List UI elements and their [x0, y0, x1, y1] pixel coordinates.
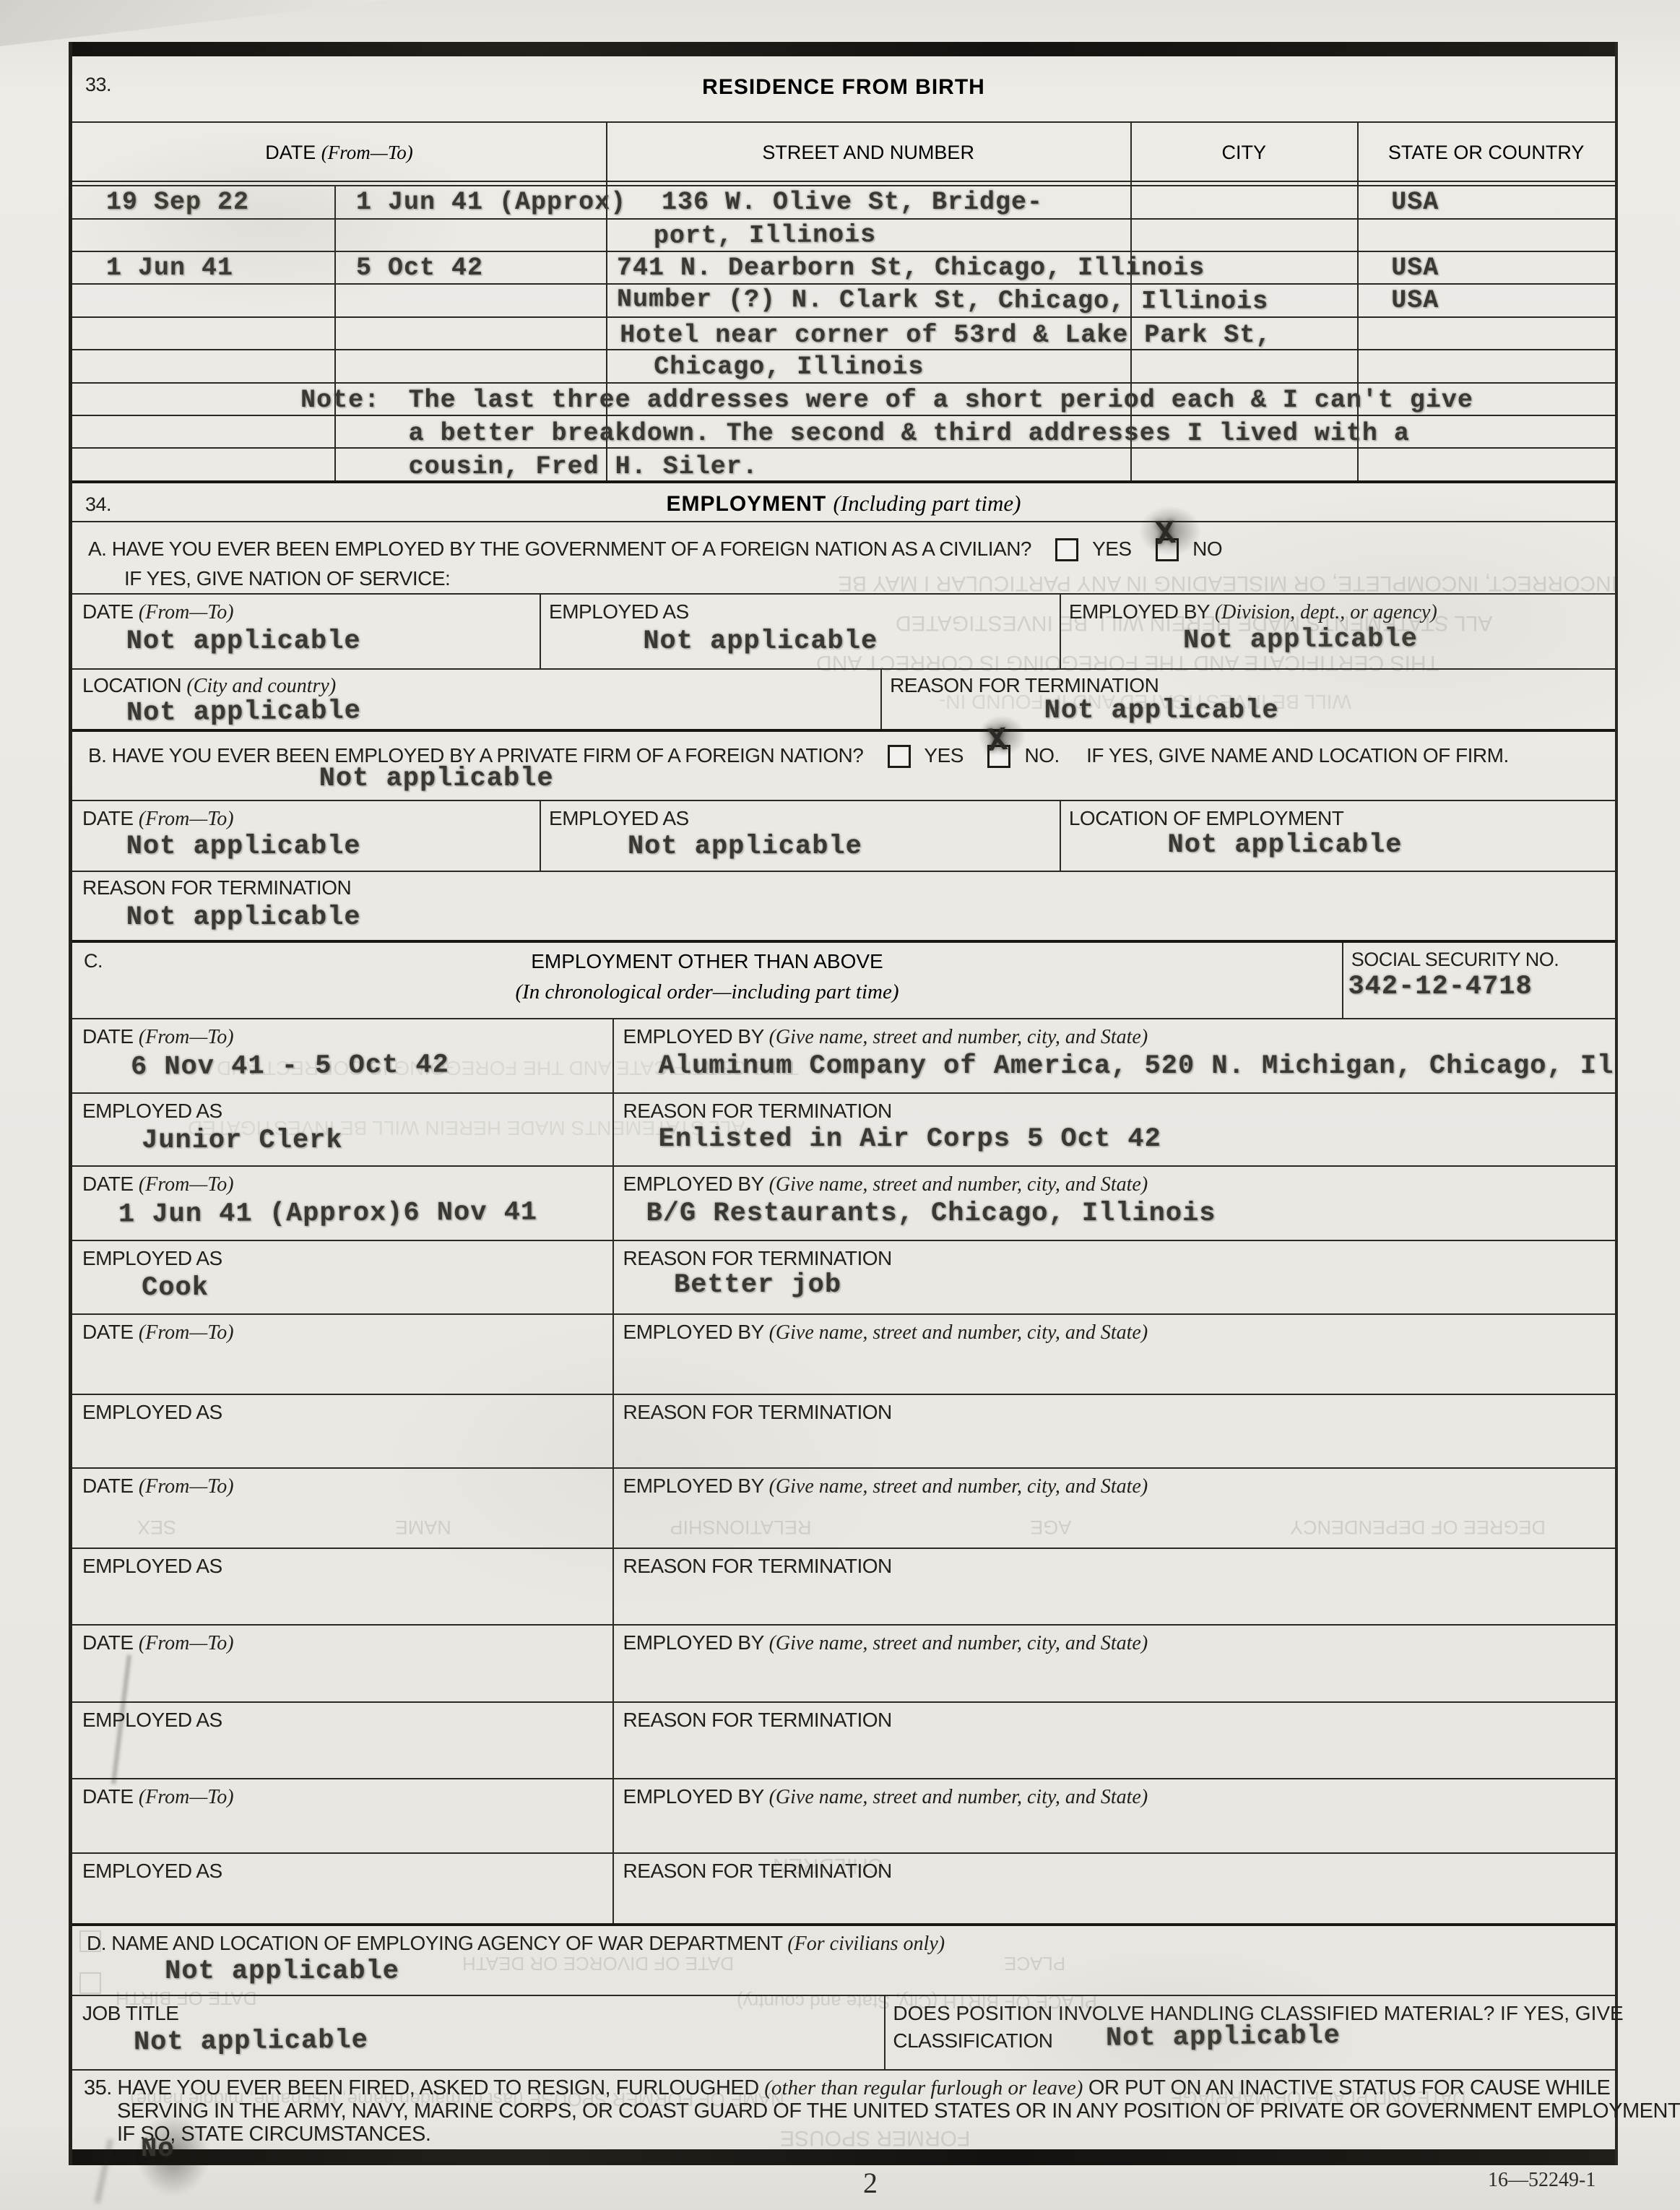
note-line: cousin, Fred H. Siler.	[409, 452, 758, 481]
ghost-text: PLACE OF BIRTH (City, State and country)	[737, 1990, 1097, 2013]
b-employed-as-value: Not applicable	[628, 832, 862, 862]
ghost-text: ALL STATEMENTS MADE HEREIN WILL BE INVES…	[188, 1116, 745, 1139]
col-header-state: STATE OR COUNTRY	[1357, 142, 1615, 164]
section34-header: 34. EMPLOYMENT (Including part time)	[72, 483, 1615, 522]
residence-row: Number (?) N. Clark St, Chicago, Illinoi…	[72, 285, 1615, 318]
c-entry-date-row: DATE (From—To) EMPLOYED BY (Give name, s…	[72, 1626, 1615, 1703]
col-header-date: DATE (From—To)	[72, 142, 606, 164]
ghost-text: ALL STATEMENTS MADE HEREIN WILL BE INVES…	[896, 610, 1492, 635]
b-location-value: Not applicable	[1168, 830, 1403, 860]
c-entry-as-row: EMPLOYED AS REASON FOR TERMINATION Cook …	[72, 1241, 1615, 1315]
top-border-band	[72, 42, 1615, 56]
ghost-dependents-header: DEGREE OF DEPENDENCYAGERELATIONSHIPNAMES…	[137, 1516, 1546, 1538]
ghost-text: PLACE	[1004, 1952, 1065, 1974]
ssn-value: 342-12-4718	[1348, 972, 1532, 1002]
col-header-city: CITY	[1130, 142, 1357, 164]
no-checkbox-b: X	[987, 745, 1010, 768]
classified-line2: CLASSIFICATION	[893, 2029, 1052, 2053]
ghost-text: NAME OF FORMER SPOUSE (last or maiden na…	[130, 2088, 784, 2110]
c-title: EMPLOYMENT OTHER THAN ABOVE	[72, 950, 1342, 973]
c-entry-date-row: DATE (From—To) EMPLOYED BY (Give name, s…	[72, 1315, 1615, 1395]
residence-row: 19 Sep 22 1 Jun 41 (Approx) 136 W. Olive…	[72, 186, 1615, 220]
c-header-row: C. EMPLOYMENT OTHER THAN ABOVE (In chron…	[72, 943, 1615, 1019]
residence-state: USA	[1391, 188, 1439, 217]
a-date-value: Not applicable	[126, 626, 361, 657]
ghost-text: CHILDREN	[773, 1853, 883, 1878]
yes-checkbox-b	[888, 745, 911, 768]
residence-state: USA	[1391, 254, 1439, 282]
no-checkbox-a: X	[1156, 538, 1179, 561]
form-body: 33. RESIDENCE FROM BIRTH DATE (From—To) …	[69, 42, 1618, 2165]
residence-state: USA	[1391, 286, 1439, 315]
ghost-checkbox	[79, 1930, 101, 1952]
b-date-value: Not applicable	[126, 832, 361, 862]
b-reason-value: Not applicable	[126, 902, 361, 933]
ghost-text: DATE OF DIVORCE OR DEATH	[462, 1952, 734, 1974]
checkbox-x-mark: X	[1154, 515, 1177, 554]
residence-street: Chicago, Illinois	[654, 353, 924, 381]
residence-street: 741 N. Dearborn St, Chicago, Illinois	[617, 254, 1205, 282]
residence-note-row: cousin, Fred H. Siler.	[72, 449, 1615, 483]
c1-employer-value: Aluminum Company of America, 520 N. Mich…	[659, 1051, 1614, 1082]
question-b-line: B. HAVE YOU EVER BEEN EMPLOYED BY A PRIV…	[88, 739, 1509, 767]
section35-answer: No	[141, 2134, 174, 2164]
residence-row: Chicago, Illinois	[72, 350, 1615, 384]
b-table-row1: DATE (From—To) EMPLOYED AS LOCATION OF E…	[72, 801, 1615, 872]
residence-note-row: Note: The last three addresses were of a…	[72, 384, 1615, 416]
residence-row: port, Illinois	[72, 220, 1615, 252]
section34-title: EMPLOYMENT (Including part time)	[72, 491, 1615, 517]
c-subtitle: (In chronological order—including part t…	[72, 980, 1342, 1004]
scanned-form-page: { "labels": { "date": "DATE ", "from_to"…	[0, 0, 1680, 2210]
b-firm-value: Not applicable	[319, 764, 554, 794]
yes-checkbox-a	[1055, 538, 1078, 561]
ghost-text: DATE OF BIRTH	[116, 1987, 257, 2009]
question-a-line: A. HAVE YOU EVER BEEN EMPLOYED BY THE GO…	[88, 532, 1222, 561]
residence-street: port, Illinois	[654, 220, 876, 251]
c-entry-date-row: DATE (From—To) EMPLOYED BY (Give name, s…	[72, 1779, 1615, 1854]
residence-row: 1 Jun 41 5 Oct 42 741 N. Dearborn St, Ch…	[72, 252, 1615, 285]
bottom-border-band	[72, 2149, 1615, 2165]
note-line: The last three addresses were of a short…	[409, 386, 1473, 415]
residence-street: Number (?) N. Clark St, Chicago, Illinoi…	[617, 285, 1268, 316]
c-entry-as-row: EMPLOYED AS REASON FOR TERMINATION	[72, 1395, 1615, 1469]
ssn-label: SOCIAL SECURITY NO.	[1351, 949, 1559, 971]
c-entry-as-row: EMPLOYED AS REASON FOR TERMINATION	[72, 1549, 1615, 1626]
question-b-row: B. HAVE YOU EVER BEEN EMPLOYED BY A PRIV…	[72, 732, 1615, 801]
c-entry-as-row: EMPLOYED AS REASON FOR TERMINATION	[72, 1703, 1615, 1779]
ghost-text: WILL BE INVESTIGATED AND IF FOUND IN-	[939, 690, 1351, 713]
residence-to: 1 Jun 41 (Approx)	[356, 188, 626, 217]
c2-employer-value: B/G Restaurants, Chicago, Illinois	[646, 1199, 1216, 1229]
job-title-value: Not applicable	[134, 2026, 368, 2058]
c-entry-date-row: DATE (From—To) EMPLOYED BY (Give name, s…	[72, 1167, 1615, 1241]
note-line: a better breakdown. The second & third a…	[409, 419, 1410, 448]
col-header-street: STREET AND NUMBER	[606, 142, 1130, 164]
a-table-row2: LOCATION (City and country) REASON FOR T…	[72, 670, 1615, 732]
residence-column-headers: DATE (From—To) STREET AND NUMBER CITY ST…	[72, 123, 1615, 186]
c2-employed-as-value: Cook	[142, 1273, 209, 1303]
residence-to: 5 Oct 42	[356, 254, 483, 282]
residence-street: Hotel near corner of 53rd & Lake Park St…	[620, 321, 1271, 350]
ghost-text: FORMER SPOUSE	[780, 2125, 970, 2150]
classified-value: Not applicable	[1106, 2021, 1341, 2053]
section33-title: RESIDENCE FROM BIRTH	[72, 75, 1615, 100]
ghost-text: THIS CERTIFICATE AND THE FOREGOING IS CO…	[217, 1056, 798, 1079]
d-value: Not applicable	[165, 1956, 399, 1987]
c2-date-value: 1 Jun 41 (Approx)6 Nov 41	[118, 1197, 537, 1230]
note-label: Note:	[300, 386, 380, 415]
ghost-text: DATE AND PLACE OF MARRIAGE	[1170, 2086, 1466, 2109]
ghost-checkbox	[79, 1972, 101, 1994]
residence-note-row: a better breakdown. The second & third a…	[72, 416, 1615, 449]
c2-reason-value: Better job	[674, 1270, 841, 1300]
a-location-value: Not applicable	[126, 696, 361, 729]
question-a-followup: IF YES, GIVE NATION OF SERVICE:	[124, 567, 450, 590]
residence-from: 19 Sep 22	[106, 188, 249, 217]
residence-row: Hotel near corner of 53rd & Lake Park St…	[72, 318, 1615, 350]
residence-from: 1 Jun 41	[106, 254, 233, 282]
ghost-text: INCORRECT, INCOMPLETE, OR MISLEADING IN …	[838, 571, 1617, 595]
d-row: D. NAME AND LOCATION OF EMPLOYING AGENCY…	[72, 1926, 1615, 1996]
ghost-text: THIS CERTIFICATE AND THE FOREGOING IS CO…	[816, 650, 1439, 675]
b-table-row2: REASON FOR TERMINATION Not applicable	[72, 872, 1615, 943]
checkbox-x-mark: X	[986, 722, 1009, 761]
page-number: 2	[863, 2166, 878, 2200]
section33-header: 33. RESIDENCE FROM BIRTH	[72, 56, 1615, 123]
form-number: 16—52249-1	[1488, 2169, 1595, 2192]
residence-street: 136 W. Olive St, Bridge-	[662, 188, 1043, 217]
